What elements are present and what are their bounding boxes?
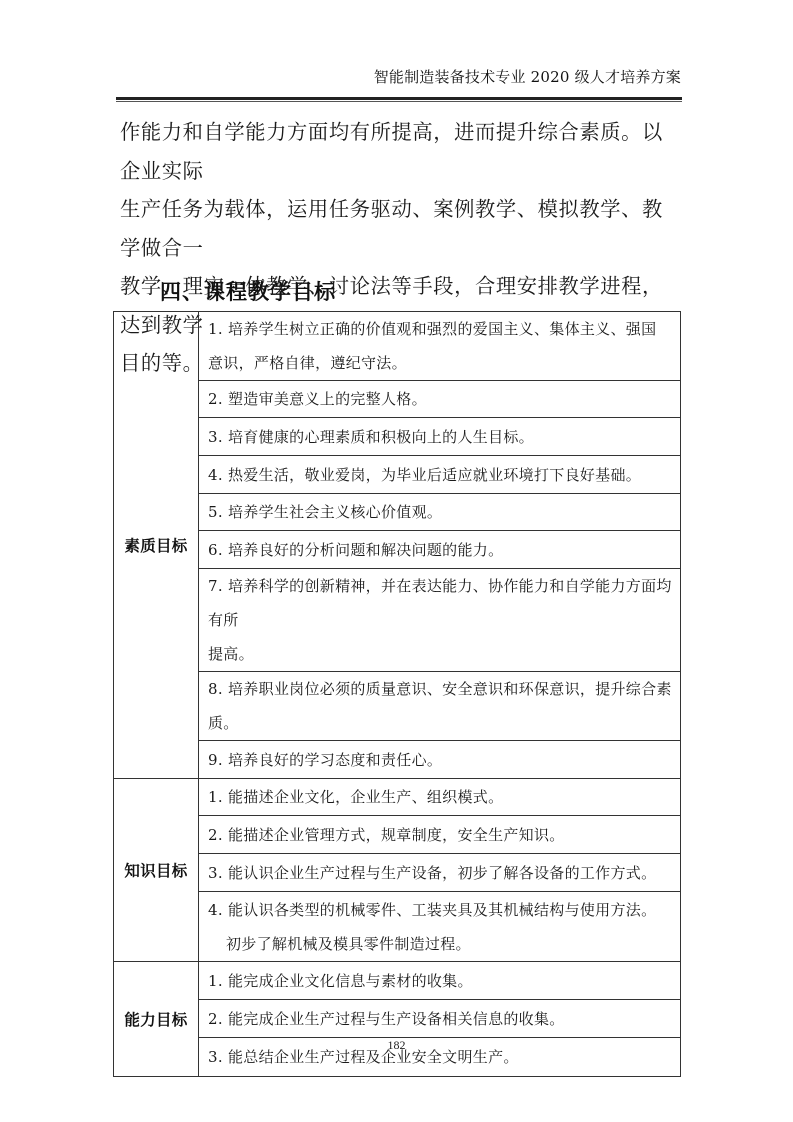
goal-item: 2. 能完成企业生产过程与生产设备相关信息的收集。 [199,1000,681,1038]
goals-table-body: 素质目标1. 培养学生树立正确的价值观和强烈的爱国主义、集体主义、强国意识，严格… [114,312,681,1077]
goal-item: 6. 培养良好的分析问题和解决问题的能力。 [199,531,681,569]
goal-item-line: 3. 培育健康的心理素质和积极向上的人生目标。 [208,420,680,454]
goal-category: 能力目标 [114,962,199,1077]
table-row: 2. 塑造审美意义上的完整人格。 [114,381,681,418]
goal-item: 7. 培养科学的创新精神，并在表达能力、协作能力和自学能力方面均有所提高。 [199,569,681,672]
body-line: 作能力和自学能力方面均有所提高，进而提升综合素质。以企业实际 [120,113,680,190]
page-number: 182 [0,1038,793,1053]
goal-item: 2. 能描述企业管理方式，规章制度，安全生产知识。 [199,816,681,854]
goal-item-line: 提高。 [208,637,680,671]
goal-item: 5. 培养学生社会主义核心价值观。 [199,494,681,531]
table-row: 4. 能认识各类型的机械零件、工装夹具及其机械结构与使用方法。初步了解机械及模具… [114,892,681,962]
header-rule-thick [116,97,682,100]
table-row: 7. 培养科学的创新精神，并在表达能力、协作能力和自学能力方面均有所提高。 [114,569,681,672]
goal-item-line: 2. 能描述企业管理方式，规章制度，安全生产知识。 [208,818,680,852]
header-rule-thin [116,101,682,102]
course-goals-table: 素质目标1. 培养学生树立正确的价值观和强烈的爱国主义、集体主义、强国意识，严格… [113,311,681,1077]
table-row: 8. 培养职业岗位必须的质量意识、安全意识和环保意识，提升综合素质。 [114,672,681,741]
goal-item-line: 1. 培养学生树立正确的价值观和强烈的爱国主义、集体主义、强国 [208,312,680,346]
table-row: 5. 培养学生社会主义核心价值观。 [114,494,681,531]
goal-item-line: 6. 培养良好的分析问题和解决问题的能力。 [208,533,680,567]
goal-item-line: 4. 能认识各类型的机械零件、工装夹具及其机械结构与使用方法。 [208,893,680,927]
table-row: 6. 培养良好的分析问题和解决问题的能力。 [114,531,681,569]
goal-item: 4. 热爱生活，敬业爱岗，为毕业后适应就业环境打下良好基础。 [199,456,681,494]
table-row: 3. 培育健康的心理素质和积极向上的人生目标。 [114,418,681,456]
table-row: 能力目标1. 能完成企业文化信息与素材的收集。 [114,962,681,1000]
goal-item-line: 1. 能描述企业文化，企业生产、组织模式。 [208,780,680,814]
table-row: 9. 培养良好的学习态度和责任心。 [114,741,681,779]
goal-item-line: 2. 塑造审美意义上的完整人格。 [208,382,680,416]
goal-item: 2. 塑造审美意义上的完整人格。 [199,381,681,418]
goal-item: 3. 能认识企业生产过程与生产设备，初步了解各设备的工作方式。 [199,854,681,892]
body-line: 生产任务为载体，运用任务驱动、案例教学、模拟教学、教学做合一 [120,190,680,267]
goal-item: 1. 培养学生树立正确的价值观和强烈的爱国主义、集体主义、强国意识，严格自律，遵… [199,312,681,381]
goal-item-line: 7. 培养科学的创新精神，并在表达能力、协作能力和自学能力方面均有所 [208,569,680,637]
goal-item: 1. 能完成企业文化信息与素材的收集。 [199,962,681,1000]
running-header: 智能制造装备技术专业 2020 级人才培养方案 [374,66,681,87]
table-row: 2. 能完成企业生产过程与生产设备相关信息的收集。 [114,1000,681,1038]
goal-category: 素质目标 [114,312,199,779]
goal-category: 知识目标 [114,779,199,962]
goal-item-line: 3. 能认识企业生产过程与生产设备，初步了解各设备的工作方式。 [208,856,680,890]
goal-item: 1. 能描述企业文化，企业生产、组织模式。 [199,779,681,816]
goal-item-line: 8. 培养职业岗位必须的质量意识、安全意识和环保意识，提升综合素质。 [208,672,680,740]
table-row: 3. 能认识企业生产过程与生产设备，初步了解各设备的工作方式。 [114,854,681,892]
goal-item-line: 初步了解机械及模具零件制造过程。 [208,927,680,961]
goal-item: 4. 能认识各类型的机械零件、工装夹具及其机械结构与使用方法。初步了解机械及模具… [199,892,681,962]
goal-item-line: 5. 培养学生社会主义核心价值观。 [208,495,680,529]
goal-item-line: 2. 能完成企业生产过程与生产设备相关信息的收集。 [208,1002,680,1036]
goal-item: 3. 培育健康的心理素质和积极向上的人生目标。 [199,418,681,456]
goal-item-line: 意识，严格自律，遵纪守法。 [208,346,680,380]
goal-item: 8. 培养职业岗位必须的质量意识、安全意识和环保意识，提升综合素质。 [199,672,681,741]
goal-item-line: 4. 热爱生活，敬业爱岗，为毕业后适应就业环境打下良好基础。 [208,458,680,492]
table-row: 素质目标1. 培养学生树立正确的价值观和强烈的爱国主义、集体主义、强国意识，严格… [114,312,681,381]
table-row: 4. 热爱生活，敬业爱岗，为毕业后适应就业环境打下良好基础。 [114,456,681,494]
section-title: 四、课程教学目标 [160,276,336,306]
goal-item-line: 1. 能完成企业文化信息与素材的收集。 [208,964,680,998]
goal-item-line: 9. 培养良好的学习态度和责任心。 [208,743,680,777]
goal-item: 9. 培养良好的学习态度和责任心。 [199,741,681,779]
table-row: 知识目标1. 能描述企业文化，企业生产、组织模式。 [114,779,681,816]
table-row: 2. 能描述企业管理方式，规章制度，安全生产知识。 [114,816,681,854]
